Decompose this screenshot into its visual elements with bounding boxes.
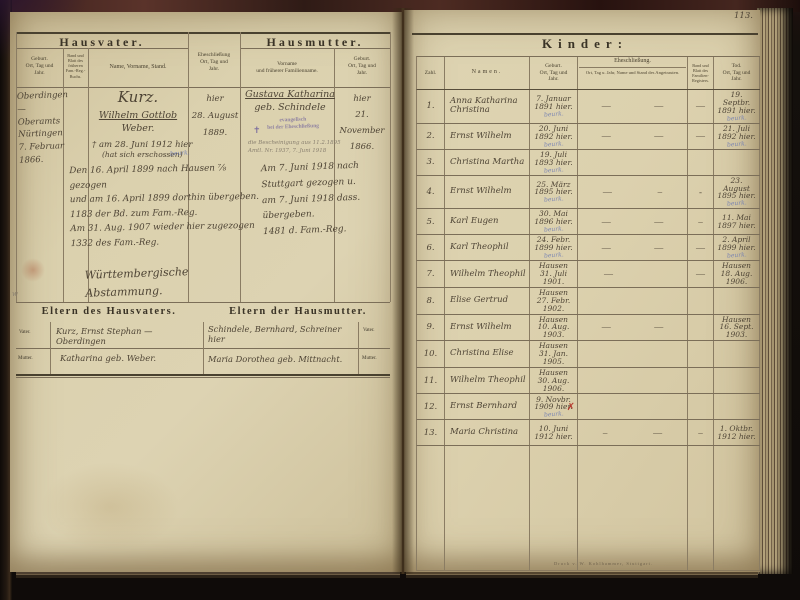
child-register-cell: — bbox=[688, 235, 714, 260]
child-row: 11. Wilhelm Theophil Hausen30. Aug. 1906… bbox=[416, 368, 760, 395]
mutter-label-left: Mutter. bbox=[18, 356, 33, 361]
child-name-cell: Ernst Bernhard bbox=[445, 394, 530, 419]
hausvater-given-names: Wilhelm Gottlob bbox=[88, 110, 188, 121]
child-marriage-cell: — — bbox=[578, 235, 688, 260]
child-number-cell: 5. bbox=[417, 209, 445, 234]
dash-mark: — bbox=[602, 217, 611, 227]
column-divider bbox=[50, 322, 51, 374]
child-row: 12. Ernst Bernhard 9. Novbr.1909 hier. b… bbox=[416, 394, 760, 420]
child-register-cell bbox=[688, 288, 714, 314]
kinder-rows: 1. Anna KatharinaChristina 7. Januar1891… bbox=[416, 90, 760, 446]
hausmutter-maiden-name: geb. Schindele bbox=[244, 102, 336, 113]
page-stack-bottom-left bbox=[16, 571, 400, 578]
child-row: 2. Ernst Wilhelm 20. Juni1892 hier. beur… bbox=[416, 124, 760, 150]
registry-stamp: beurk. bbox=[543, 196, 563, 204]
hausvater-occupation: Weber. bbox=[88, 123, 188, 134]
child-number-cell: 6. bbox=[417, 235, 445, 260]
child-birth-date: Hausen31. Jan. 1905. bbox=[532, 342, 575, 366]
child-birth-cell: Hausen10. Aug. 1903. bbox=[530, 315, 578, 341]
registry-stamp: beurk. bbox=[170, 149, 190, 157]
red-cross-mark: ✗ bbox=[567, 402, 575, 413]
dash-mark: — bbox=[696, 101, 705, 111]
registry-stamp: beurk. bbox=[543, 140, 563, 148]
registry-stamp: beurk. bbox=[543, 251, 563, 259]
column-divider bbox=[358, 322, 359, 374]
eltern-mutter-rechts: Maria Dorothea geb. Mittnacht. bbox=[208, 354, 356, 364]
child-birth-date: 7. Januar1891 hier. bbox=[534, 95, 572, 111]
child-death-cell: 1. Oktbr.1912 hier. bbox=[714, 420, 760, 445]
child-number: 13. bbox=[424, 428, 438, 438]
hausvater-birth-entry: Oberdingen —OberamtsNürtingen7. Februar1… bbox=[17, 89, 66, 167]
rule-line bbox=[16, 377, 390, 378]
registry-stamp: beurk. bbox=[543, 411, 563, 419]
dash-mark: — bbox=[602, 131, 611, 141]
child-birth-date: Hausen31. Juli 1901. bbox=[532, 262, 575, 286]
eltern-vater-rechts: Schindele, Bernhard, Schreiner hier bbox=[208, 324, 356, 344]
dash-mark: - bbox=[699, 187, 702, 197]
child-number: 9. bbox=[426, 322, 434, 332]
eltern-hausmutter-header: Eltern der Hausmutter. bbox=[206, 306, 390, 317]
child-marriage-cell: — — bbox=[578, 209, 688, 234]
child-register-cell: – bbox=[688, 209, 714, 234]
child-number: 7. bbox=[426, 269, 434, 279]
child-number-cell: 8. bbox=[417, 288, 445, 314]
empty-table-rows bbox=[416, 446, 760, 571]
child-marriage-cell: — — bbox=[578, 315, 688, 341]
child-birth-cell: 24. Febr.1899 hier. beurk. bbox=[530, 235, 578, 260]
child-row: 13. Maria Christina 10. Juni1912 hier. –… bbox=[416, 420, 760, 446]
child-death-date: 11. Mai1897 hier. bbox=[717, 214, 755, 230]
hausvater-death-note-2: (hat sich erschossen) bbox=[102, 150, 222, 159]
child-row: 3. Christina Martha 19. Juli1893 hier. b… bbox=[416, 150, 760, 176]
child-marriage-cell bbox=[578, 368, 688, 394]
child-death-date: Hausen16. Sept. 1903. bbox=[716, 316, 757, 340]
eheschliessung-header: Eheschließung. bbox=[579, 58, 686, 68]
dash-mark: – bbox=[658, 187, 663, 197]
child-name: Wilhelm Theophil bbox=[450, 270, 526, 279]
child-name-cell: Karl Theophil bbox=[445, 235, 530, 260]
child-name-cell: Christina Martha bbox=[445, 150, 530, 175]
hausmutter-migration-notes: Am 7. Juni 1918 nachStuttgart gezogen u.… bbox=[261, 158, 389, 241]
eltern-mutter-links: Katharina geb. Weber. bbox=[60, 354, 200, 364]
child-name: Ernst Wilhelm bbox=[450, 132, 512, 141]
child-name: Christina Elise bbox=[450, 349, 514, 358]
dash-mark: — bbox=[603, 187, 612, 197]
child-number-cell: 7. bbox=[417, 261, 445, 287]
child-register-cell bbox=[688, 315, 714, 341]
child-row: 7. Wilhelm Theophil Hausen31. Juli 1901.… bbox=[416, 261, 760, 288]
child-birth-date: 10. Juni1912 hier. bbox=[534, 425, 572, 441]
child-register-cell bbox=[688, 394, 714, 419]
child-name-cell: Ernst Wilhelm bbox=[445, 124, 530, 149]
child-birth-cell: 30. Mai1896 hier. beurk. bbox=[530, 209, 578, 234]
printer-imprint: Druck v. W. Kohlhammer, Stuttgart. bbox=[554, 561, 653, 566]
eheschliessung-column-header: EheschließungOrt, Tag undJahr. bbox=[189, 52, 239, 73]
child-death-cell bbox=[714, 341, 760, 367]
column-divider bbox=[63, 48, 64, 302]
page-stack-bottom-right bbox=[406, 571, 758, 578]
child-number: 2. bbox=[426, 131, 434, 141]
vater-label-left: Vater. bbox=[19, 330, 31, 335]
child-name: Maria Christina bbox=[450, 428, 518, 437]
child-register-cell bbox=[688, 368, 714, 394]
name-column-header: Name, Vorname, Stand. bbox=[88, 64, 188, 72]
confession-stamp: evangelischbei der Eheschließung bbox=[258, 116, 328, 133]
child-number: 12. bbox=[424, 402, 438, 412]
child-register-cell: — bbox=[688, 124, 714, 149]
child-name: Karl Theophil bbox=[450, 243, 509, 252]
child-register-cell: - bbox=[688, 176, 714, 209]
child-birth-cell: 25. März1895 hier. beurk. bbox=[530, 176, 578, 209]
child-number-cell: 11. bbox=[417, 368, 445, 394]
child-number-cell: 12. bbox=[417, 394, 445, 419]
child-register-cell: — bbox=[688, 261, 714, 287]
child-number: 4. bbox=[426, 187, 434, 197]
geburt-mutter-column-header: Geburt.Ort, Tag undJahr. bbox=[334, 56, 390, 77]
child-number: 3. bbox=[426, 157, 434, 167]
child-death-cell bbox=[714, 288, 760, 314]
child-register-cell bbox=[688, 341, 714, 367]
child-number: 10. bbox=[424, 349, 438, 359]
child-marriage-cell: — – bbox=[578, 176, 688, 209]
child-death-cell: 11. Mai1897 hier. bbox=[714, 209, 760, 234]
vater-label-right: Vater. bbox=[363, 328, 375, 333]
dash-mark: — bbox=[696, 243, 705, 253]
child-death-cell: Hausen16. Sept. 1903. bbox=[714, 315, 760, 341]
hausvater-header: Hausvater. bbox=[16, 35, 188, 50]
child-name-cell: Ernst Wilhelm bbox=[445, 315, 530, 341]
dash-mark: — bbox=[604, 269, 613, 279]
child-number-cell: 10. bbox=[417, 341, 445, 367]
child-name-cell: Elise Gertrud bbox=[445, 288, 530, 314]
band-blatt-column-header: Band undBlatt desfrüherenFam.-Reg.-Buchs… bbox=[63, 53, 88, 79]
child-register-cell: – bbox=[688, 420, 714, 445]
hausvater-surname: Kurz. bbox=[88, 88, 188, 106]
band-header: Band undBlatt desFamilien-Registers. bbox=[692, 63, 709, 84]
book-gutter-shadow bbox=[392, 8, 414, 574]
child-row: 8. Elise Gertrud Hausen27. Febr. 1902. bbox=[416, 288, 760, 315]
child-number-cell: 1. bbox=[417, 90, 445, 123]
child-birth-cell: 20. Juni1892 hier. beurk. bbox=[530, 124, 578, 149]
child-name: Ernst Wilhelm bbox=[450, 187, 512, 196]
child-name-cell: Ernst Wilhelm bbox=[445, 176, 530, 209]
column-divider bbox=[203, 322, 204, 374]
child-birth-cell: Hausen30. Aug. 1906. bbox=[530, 368, 578, 394]
child-number-cell: 4. bbox=[417, 176, 445, 209]
dash-mark: – bbox=[698, 428, 703, 438]
tod-header: Tod.Ort, Tag undJahr. bbox=[723, 63, 751, 84]
child-birth-date: Hausen27. Febr. 1902. bbox=[532, 289, 575, 313]
child-death-date: Hausen18. Aug. 1906. bbox=[716, 262, 757, 286]
dash-mark: – bbox=[698, 217, 703, 227]
child-death-date: 23. August1895 hier. bbox=[716, 177, 757, 201]
child-name-cell: Anna KatharinaChristina bbox=[445, 90, 530, 123]
paper-stain bbox=[40, 462, 180, 552]
child-name: Karl Eugen bbox=[450, 217, 499, 226]
child-name: Christina Martha bbox=[450, 158, 524, 167]
child-birth-cell: 7. Januar1891 hier. beurk. bbox=[530, 90, 578, 123]
dash-mark: — bbox=[602, 101, 611, 111]
margin-mark: w bbox=[12, 290, 18, 298]
child-name: Wilhelm Theophil bbox=[450, 376, 526, 385]
child-register-cell bbox=[688, 150, 714, 175]
child-number: 8. bbox=[426, 296, 434, 306]
kinder-table-header: Zahl. Namen. Geburt.Ort, Tag undJahr. Eh… bbox=[416, 56, 760, 90]
hausmutter-given-names: Gustava Katharina bbox=[244, 89, 336, 100]
child-row: 4. Ernst Wilhelm 25. März1895 hier. beur… bbox=[416, 176, 760, 210]
registry-stamp: beurk. bbox=[543, 166, 563, 174]
child-marriage-cell: — — bbox=[578, 90, 688, 123]
eheschliessung-subheader: Ort, Tag u. Jahr, Name und Stand des Ang… bbox=[586, 70, 679, 76]
child-name: Anna KatharinaChristina bbox=[450, 97, 518, 115]
child-number: 11. bbox=[424, 376, 438, 386]
child-number-cell: 2. bbox=[417, 124, 445, 149]
child-death-cell: 2. April1899 hier. beurk. bbox=[714, 235, 760, 260]
child-birth-cell: 19. Juli1893 hier. beurk. bbox=[530, 150, 578, 175]
child-birth-date: Hausen30. Aug. 1906. bbox=[532, 369, 575, 393]
column-divider bbox=[390, 32, 391, 302]
child-marriage-cell bbox=[578, 341, 688, 367]
hausmutter-birth-entry: hier21. November1866. bbox=[336, 91, 388, 156]
child-death-date: 1. Oktbr.1912 hier. bbox=[717, 425, 755, 441]
child-marriage-cell bbox=[578, 150, 688, 175]
child-register-cell: — bbox=[688, 90, 714, 123]
child-name: Ernst Bernhard bbox=[450, 402, 517, 411]
child-name: Elise Gertrud bbox=[450, 296, 508, 305]
kinder-table: Zahl. Namen. Geburt.Ort, Tag undJahr. Eh… bbox=[416, 56, 760, 571]
child-marriage-cell: – — bbox=[578, 420, 688, 445]
registry-stamp: beurk. bbox=[726, 114, 746, 122]
right-page: 113. Kinder: Zahl. Namen. Geburt.Ort, Ta… bbox=[404, 10, 760, 572]
dash-mark: — bbox=[653, 428, 662, 438]
left-page: Hausvater. Hausmutter. EheschließungOrt,… bbox=[10, 12, 402, 572]
zahl-header: Zahl. bbox=[425, 70, 436, 77]
child-death-cell bbox=[714, 394, 760, 419]
child-name-cell: Maria Christina bbox=[445, 420, 530, 445]
child-birth-cell: 9. Novbr.1909 hier. beurk. ✗ bbox=[530, 394, 578, 419]
family-register-scan: Hausvater. Hausmutter. EheschließungOrt,… bbox=[0, 0, 800, 600]
child-number: 5. bbox=[426, 217, 434, 227]
child-row: 6. Karl Theophil 24. Febr.1899 hier. beu… bbox=[416, 235, 760, 261]
namen-header: Namen. bbox=[472, 69, 503, 77]
child-number: 1. bbox=[426, 101, 434, 111]
child-birth-date: 30. Mai1896 hier. bbox=[534, 210, 572, 226]
dash-mark: — bbox=[696, 131, 705, 141]
citizenship-note: WürttembergischeAbstammung. bbox=[84, 261, 245, 302]
child-birth-cell: Hausen31. Juli 1901. bbox=[530, 261, 578, 287]
child-marriage-cell: — — bbox=[578, 124, 688, 149]
dash-mark: — bbox=[654, 217, 663, 227]
eltern-vater-links: Kurz, Ernst Stephan — Oberdingen bbox=[56, 326, 202, 346]
dash-mark: — bbox=[602, 243, 611, 253]
child-name-cell: Wilhelm Theophil bbox=[445, 368, 530, 394]
vorname-column-header: Vornameund früherer Familienname. bbox=[242, 61, 332, 75]
child-name-cell: Karl Eugen bbox=[445, 209, 530, 234]
registry-stamp: beurk. bbox=[726, 251, 746, 259]
hausmutter-header: Hausmutter. bbox=[240, 35, 390, 50]
geburt-vater-column-header: Geburt.Ort, Tag undJahr. bbox=[16, 56, 63, 77]
child-death-date: 21. Juli1892 hier. bbox=[717, 125, 755, 141]
child-birth-date: 24. Febr.1899 hier. bbox=[534, 236, 572, 252]
child-name-cell: Wilhelm Theophil bbox=[445, 261, 530, 287]
registry-stamp: beurk. bbox=[543, 110, 563, 118]
rule-line bbox=[16, 32, 390, 34]
cross-mark: ✝ bbox=[253, 125, 261, 136]
rule-line bbox=[16, 302, 390, 303]
child-row: 10. Christina Elise Hausen31. Jan. 1905. bbox=[416, 341, 760, 368]
child-birth-cell: Hausen27. Febr. 1902. bbox=[530, 288, 578, 314]
child-name-cell: Christina Elise bbox=[445, 341, 530, 367]
paper-stain bbox=[20, 257, 46, 283]
dash-mark: — bbox=[654, 131, 663, 141]
child-birth-date: 20. Juni1892 hier. bbox=[534, 125, 572, 141]
eltern-hausvater-header: Eltern des Hausvaters. bbox=[16, 306, 202, 317]
dash-mark: — bbox=[654, 243, 663, 253]
child-death-cell: 19. Septbr.1891 hier. beurk. bbox=[714, 90, 760, 123]
child-birth-date: 25. März1895 hier. bbox=[534, 181, 572, 197]
child-death-cell bbox=[714, 150, 760, 175]
child-death-date: 2. April1899 hier. bbox=[717, 236, 755, 252]
child-birth-cell: 10. Juni1912 hier. bbox=[530, 420, 578, 445]
child-marriage-cell bbox=[578, 288, 688, 314]
kinder-title: Kinder: bbox=[412, 36, 758, 52]
child-death-cell: Hausen18. Aug. 1906. bbox=[714, 261, 760, 287]
child-birth-cell: Hausen31. Jan. 1905. bbox=[530, 341, 578, 367]
child-row: 5. Karl Eugen 30. Mai1896 hier. beurk. —… bbox=[416, 209, 760, 235]
child-row: 1. Anna KatharinaChristina 7. Januar1891… bbox=[416, 90, 760, 124]
registry-stamp: beurk. bbox=[543, 225, 563, 233]
child-marriage-cell: — bbox=[578, 261, 688, 287]
geburt-header: Geburt.Ort, Tag undJahr. bbox=[540, 63, 568, 84]
child-number-cell: 9. bbox=[417, 315, 445, 341]
child-row: 9. Ernst Wilhelm Hausen10. Aug. 1903. — … bbox=[416, 315, 760, 342]
dash-mark: — bbox=[696, 269, 705, 279]
child-birth-date: Hausen10. Aug. 1903. bbox=[532, 316, 575, 340]
child-death-cell bbox=[714, 368, 760, 394]
child-number: 6. bbox=[426, 243, 434, 253]
dash-mark: — bbox=[602, 322, 611, 332]
child-birth-date: 19. Juli1893 hier. bbox=[534, 151, 572, 167]
registry-stamp: beurk. bbox=[726, 200, 746, 208]
marriage-entry: hier28. August1889. bbox=[190, 91, 240, 142]
child-death-date: 19. Septbr.1891 hier. bbox=[716, 91, 757, 115]
child-name: Ernst Wilhelm bbox=[450, 323, 512, 332]
child-marriage-cell bbox=[578, 394, 688, 419]
child-number-cell: 13. bbox=[417, 420, 445, 445]
registry-stamp: beurk. bbox=[726, 140, 746, 148]
rule-line bbox=[16, 374, 390, 376]
dash-mark: – bbox=[603, 428, 608, 438]
page-stack-right bbox=[757, 8, 793, 574]
child-death-cell: 21. Juli1892 hier. beurk. bbox=[714, 124, 760, 149]
child-death-cell: 23. August1895 hier. beurk. bbox=[714, 176, 760, 209]
mutter-label-right: Mutter. bbox=[362, 356, 377, 361]
page-number: 113. bbox=[734, 11, 753, 21]
dash-mark: — bbox=[654, 101, 663, 111]
rule-line bbox=[412, 33, 758, 35]
dash-mark: — bbox=[654, 322, 663, 332]
child-number-cell: 3. bbox=[417, 150, 445, 175]
